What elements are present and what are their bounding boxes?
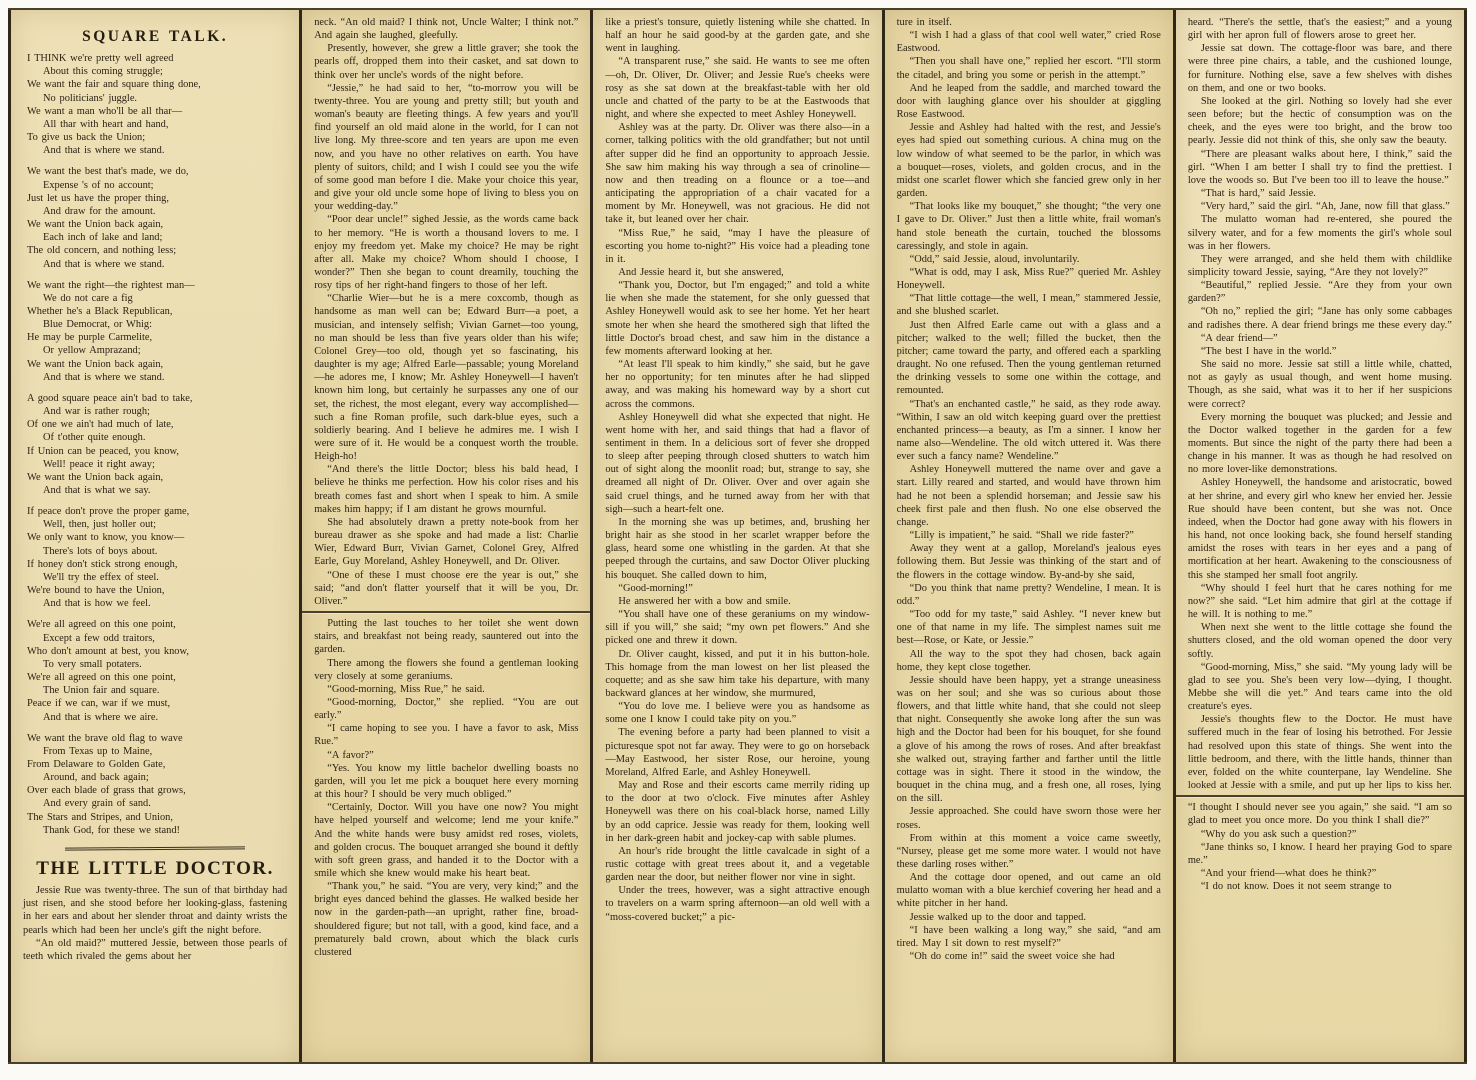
column-4: ture in itself.“I wish I had a glass of … (885, 10, 1176, 1062)
poem-line: And that is what we say. (27, 484, 287, 497)
poem-stanza: We want the brave old flag to waveFrom T… (27, 732, 287, 837)
poem-line: A good square peace ain't bad to take, (27, 392, 287, 405)
story-paragraph: “Too odd for my taste,” said Ashley. “I … (897, 608, 1161, 647)
poem-line: Expense 's of no account; (27, 179, 287, 192)
story-paragraph: “A dear friend—” (1188, 332, 1452, 345)
poem-line: Or yellow Amprazand; (27, 344, 287, 357)
story-paragraph: “That looks like my bouquet,” she though… (897, 200, 1161, 253)
poem-line: And that is where we stand. (27, 258, 287, 271)
story-paragraph: “I wish I had a glass of that cool well … (897, 29, 1161, 55)
story-paragraph: “A transparent ruse,” she said. He wants… (605, 55, 869, 121)
story-paragraph: An hour's ride brought the little cavalc… (605, 845, 869, 884)
poem-line: Well, then, just holler out; (27, 518, 287, 531)
poem-line: We're all agreed on this one point, (27, 671, 287, 684)
story-paragraph: Jessie should have been happy, yet a str… (897, 674, 1161, 806)
story-paragraph: Ashley Honeywell, the handsome and arist… (1188, 476, 1452, 581)
clipping-seam (1176, 795, 1464, 797)
poem-line: To very small potaters. (27, 658, 287, 671)
story-paragraph: Dr. Oliver caught, kissed, and put it in… (605, 648, 869, 701)
story-paragraph: “Certainly, Doctor. Will you have one no… (314, 801, 578, 880)
story-paragraph: Jessie Rue was twenty-three. The sun of … (23, 884, 287, 937)
poem-line: No politicians' juggle. (27, 92, 287, 105)
story-paragraph: ture in itself. (897, 16, 1161, 29)
poem-line: And that is where we stand. (27, 371, 287, 384)
story-paragraph: “Good-morning, Doctor,” she replied. “Yo… (314, 696, 578, 722)
poem-line: We want a man who'll be all thar— (27, 105, 287, 118)
poem-stanza: We're all agreed on this one point,Excep… (27, 618, 287, 723)
poem-line: Who don't amount at best, you know, (27, 645, 287, 658)
ornamental-divider (65, 846, 245, 850)
poem-line: Around, and back again; (27, 771, 287, 784)
story-paragraph: “Lilly is impatient,” he said. “Shall we… (897, 529, 1161, 542)
poem-line: We'll try the effex of steel. (27, 571, 287, 584)
story-paragraph: “Thank you, Doctor, but I'm engaged;” an… (605, 279, 869, 358)
story-paragraph: In the morning she was up betimes, and, … (605, 516, 869, 582)
story-paragraph: Jessie sat down. The cottage-floor was b… (1188, 42, 1452, 95)
scanned-newspaper-page: SQUARE TALK.I THINK we're pretty well ag… (0, 0, 1476, 1080)
poem-line: And war is rather rough; (27, 405, 287, 418)
poem-line: Of one we ain't had much of late, (27, 418, 287, 431)
poem-line: We want the fair and square thing done, (27, 78, 287, 91)
story-paragraph: “An old maid?” muttered Jessie, between … (23, 937, 287, 963)
poem-line: All thar with heart and hand, (27, 118, 287, 131)
story-paragraph: “Yes. You know my little bachelor dwelli… (314, 762, 578, 801)
story-paragraph: neck. “An old maid? I think not, Uncle W… (314, 16, 578, 42)
poem-line: We do not care a fig (27, 292, 287, 305)
story-paragraph: Jessie walked up to the door and tapped. (897, 911, 1161, 924)
story-paragraph: Jessie and Ashley had halted with the re… (897, 121, 1161, 200)
poem-line: The Stars and Stripes, and Union, (27, 811, 287, 824)
story-paragraph: Away they went at a gallop, Moreland's j… (897, 542, 1161, 581)
story-paragraph: And the cottage door opened, and out cam… (897, 871, 1161, 910)
story-paragraph: “Good-morning, Miss,” she said. “My youn… (1188, 661, 1452, 714)
story-paragraph: Ashley Honeywell muttered the name over … (897, 463, 1161, 529)
story-paragraph: “Good-morning, Miss Rue,” he said. (314, 683, 578, 696)
story-paragraph: “What is odd, may I ask, Miss Rue?” quer… (897, 266, 1161, 292)
story-paragraph: “I do not know. Does it not seem strange… (1188, 880, 1452, 893)
story-paragraph: “Poor dear uncle!” sighed Jessie, as the… (314, 213, 578, 292)
story-paragraph: “The best I have in the world.” (1188, 345, 1452, 358)
story-paragraph: May and Rose and their escorts came merr… (605, 779, 869, 845)
story-paragraph: “Good-morning!” (605, 582, 869, 595)
poem-line: There's lots of boys about. (27, 545, 287, 558)
poem-line: Blue Democrat, or Whig: (27, 318, 287, 331)
poem-stanza: We want the right—the rightest man—We do… (27, 279, 287, 384)
story-paragraph: “You do love me. I believe were you as h… (605, 700, 869, 726)
story-paragraph: “Jane thinks so, I know. I heard her pra… (1188, 841, 1452, 867)
story-paragraph: All the way to the spot they had chosen,… (897, 648, 1161, 674)
poem-line: And draw for the amount. (27, 205, 287, 218)
story-paragraph: Jessie's thoughts flew to the Doctor. He… (1188, 713, 1452, 792)
story-paragraph: “And your friend—what does he think?” (1188, 867, 1452, 880)
story-paragraph: Presently, however, she grew a little gr… (314, 42, 578, 81)
story-paragraph: heard. “There's the settle, that's the e… (1188, 16, 1452, 42)
story-paragraph: There among the flowers she found a gent… (314, 657, 578, 683)
story-paragraph: She had absolutely drawn a pretty note-b… (314, 516, 578, 569)
story-paragraph: The mulatto woman had re-entered, she po… (1188, 213, 1452, 252)
story-paragraph: “And there's the little Doctor; bless hi… (314, 463, 578, 516)
poem-line: Whether he's a Black Republican, (27, 305, 287, 318)
story-paragraph: “Miss Rue,” he said, “may I have the ple… (605, 227, 869, 266)
poem-line: We want the Union back again, (27, 471, 287, 484)
story-paragraph: “Then you shall have one,” replied her e… (897, 55, 1161, 81)
story-paragraph: Ashley Honeywell did what she expected t… (605, 411, 869, 516)
story-paragraph: And he leaped from the saddle, and march… (897, 82, 1161, 121)
story-paragraph: “Odd,” said Jessie, aloud, involuntarily… (897, 253, 1161, 266)
story-paragraph: “Jessie,” he had said to her, “to-morrow… (314, 82, 578, 214)
story-paragraph: “Why do you ask such a question?” (1188, 828, 1452, 841)
story-paragraph: “You shall have one of these geraniums o… (605, 608, 869, 647)
story-paragraph: From within at this moment a voice came … (897, 832, 1161, 871)
column-1: SQUARE TALK.I THINK we're pretty well ag… (8, 10, 302, 1062)
story-paragraph: “A favor?” (314, 749, 578, 762)
story-paragraph: like a priest's tonsure, quietly listeni… (605, 16, 869, 55)
poem-line: To give us back the Union; (27, 131, 287, 144)
story-paragraph: “I have been walking a long way,” she sa… (897, 924, 1161, 950)
poem-line: From Delaware to Golden Gate, (27, 758, 287, 771)
story-paragraph: “Thank you,” he said. “You are very, ver… (314, 880, 578, 959)
poem-line: We're bound to have the Union, (27, 584, 287, 597)
story-paragraph: Under the trees, however, was a sight at… (605, 884, 869, 923)
poem-stanza: I THINK we're pretty well agreedAbout th… (27, 52, 287, 157)
poem-line: Except a few odd traitors, (27, 632, 287, 645)
story-paragraph: “Very hard,” said the girl. “Ah, Jane, n… (1188, 200, 1452, 213)
story-paragraph: Jessie approached. She could have sworn … (897, 805, 1161, 831)
article-title: SQUARE TALK. (23, 30, 287, 43)
story-paragraph: She said no more. Jessie sat still a lit… (1188, 358, 1452, 411)
poem-line: Well! peace it right away; (27, 458, 287, 471)
column-2: neck. “An old maid? I think not, Uncle W… (302, 10, 593, 1062)
poem-line: We're all agreed on this one point, (27, 618, 287, 631)
story-paragraph: He answered her with a bow and smile. (605, 595, 869, 608)
poem-line: And that is where we aire. (27, 711, 287, 724)
poem-line: We want the Union back again, (27, 218, 287, 231)
story-paragraph: Putting the last touches to her toilet s… (314, 617, 578, 656)
column-3: like a priest's tonsure, quietly listeni… (593, 10, 884, 1062)
poem-stanza: If peace don't prove the proper game,Wel… (27, 505, 287, 610)
story-paragraph: “Oh no,” replied the girl; “Jane has onl… (1188, 305, 1452, 331)
poem-line: Peace if we can, war if we must, (27, 697, 287, 710)
story-paragraph: “I thought I should never see you again,… (1188, 801, 1452, 827)
poem-line: We want the Union back again, (27, 358, 287, 371)
poem-line: Of t'other quite enough. (27, 431, 287, 444)
poem-line: If honey don't stick strong enough, (27, 558, 287, 571)
poem-line: The old concern, and nothing less; (27, 244, 287, 257)
story-paragraph: “Oh do come in!” said the sweet voice sh… (897, 950, 1161, 963)
story-paragraph: The evening before a party had been plan… (605, 726, 869, 779)
poem-line: We only want to know, you know— (27, 531, 287, 544)
poem-line: Just let us have the proper thing, (27, 192, 287, 205)
clipping-seam (302, 611, 590, 613)
poem-line: I THINK we're pretty well agreed (27, 52, 287, 65)
story-paragraph: “At least I'll speak to him kindly,” she… (605, 358, 869, 411)
story-paragraph: “There are pleasant walks about here, I … (1188, 148, 1452, 187)
story-paragraph: And Jessie heard it, but she answered, (605, 266, 869, 279)
story-paragraph: “Why should I feel hurt that he cares no… (1188, 582, 1452, 621)
poem-stanza: A good square peace ain't bad to take,An… (27, 392, 287, 497)
story-paragraph: “One of these I must choose ere the year… (314, 569, 578, 608)
poem-stanza: We want the best that's made, we do,Expe… (27, 165, 287, 270)
poem-line: If peace don't prove the proper game, (27, 505, 287, 518)
poem-line: And that is where we stand. (27, 144, 287, 157)
poem-line: Each inch of lake and land; (27, 231, 287, 244)
poem-line: Over each blade of grass that grows, (27, 784, 287, 797)
story-paragraph: “Beautiful,” replied Jessie. “Are they f… (1188, 279, 1452, 305)
poem-line: And every grain of sand. (27, 797, 287, 810)
poem-line: We want the best that's made, we do, (27, 165, 287, 178)
story-paragraph: Ashley was at the party. Dr. Oliver was … (605, 121, 869, 226)
poem-line: Thank God, for these we stand! (27, 824, 287, 837)
poem-line: And that is how we feel. (27, 597, 287, 610)
story-paragraph: They were arranged, and she held them wi… (1188, 253, 1452, 279)
poem-line: The Union fair and square. (27, 684, 287, 697)
story-paragraph: “I came hoping to see you. I have a favo… (314, 722, 578, 748)
poem-line: If Union can be peaced, you know, (27, 445, 287, 458)
story-paragraph: She looked at the girl. Nothing so lovel… (1188, 95, 1452, 148)
story-paragraph: “That is hard,” said Jessie. (1188, 187, 1452, 200)
story-paragraph: Every morning the bouquet was plucked; a… (1188, 411, 1452, 477)
story-paragraph: “That's an enchanted castle,” he said, a… (897, 398, 1161, 464)
article-title: THE LITTLE DOCTOR. (23, 862, 287, 875)
story-paragraph: “Do you think that name pretty? Wendelin… (897, 582, 1161, 608)
story-paragraph: Just then Alfred Earle came out with a g… (897, 319, 1161, 398)
poem-line: We want the right—the rightest man— (27, 279, 287, 292)
story-paragraph: When next she went to the little cottage… (1188, 621, 1452, 660)
poem-line: We want the brave old flag to wave (27, 732, 287, 745)
poem-line: From Texas up to Maine, (27, 745, 287, 758)
poem-line: About this coming struggle; (27, 65, 287, 78)
story-paragraph: “That little cottage—the well, I mean,” … (897, 292, 1161, 318)
column-5: heard. “There's the settle, that's the e… (1176, 10, 1467, 1062)
story-paragraph: “Charlie Wier—but he is a mere coxcomb, … (314, 292, 578, 463)
newspaper-columns: SQUARE TALK.I THINK we're pretty well ag… (8, 8, 1467, 1064)
poem-line: He may be purple Carmelite, (27, 331, 287, 344)
